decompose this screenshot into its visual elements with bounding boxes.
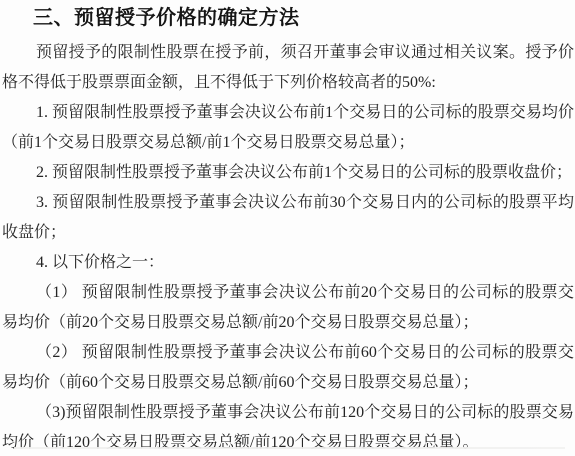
- list-item-2: 2. 预留限制性股票授予董事会决议公布前1个交易日的公司标的股票收盘价；: [2, 158, 574, 188]
- sub-item-1: （1） 预留限制性股票授予董事会决议公布前20个交易日的公司标的股票交易均价（前…: [2, 278, 574, 338]
- document-page: 三、预留授予价格的确定方法 预留授予的限制性股票在授予前，须召开董事会审议通过相…: [0, 0, 575, 456]
- intro-paragraph: 预留授予的限制性股票在授予前，须召开董事会审议通过相关议案。授予价格不得低于股票…: [2, 38, 574, 98]
- scan-artifact-line: [14, 447, 565, 449]
- list-item-4: 4. 以下价格之一：: [2, 248, 574, 278]
- section-heading: 三、预留授予价格的确定方法: [33, 4, 574, 32]
- list-item-1: 1. 预留限制性股票授予董事会决议公布前1个交易日的公司标的股票交易均价（前1个…: [2, 98, 574, 158]
- list-item-3: 3. 预留限制性股票授予董事会决议公布前30个交易日内的公司标的股票平均收盘价；: [2, 188, 574, 248]
- sub-item-2: （2） 预留限制性股票授予董事会决议公布前60个交易日的公司标的股票交易均价（前…: [2, 338, 574, 398]
